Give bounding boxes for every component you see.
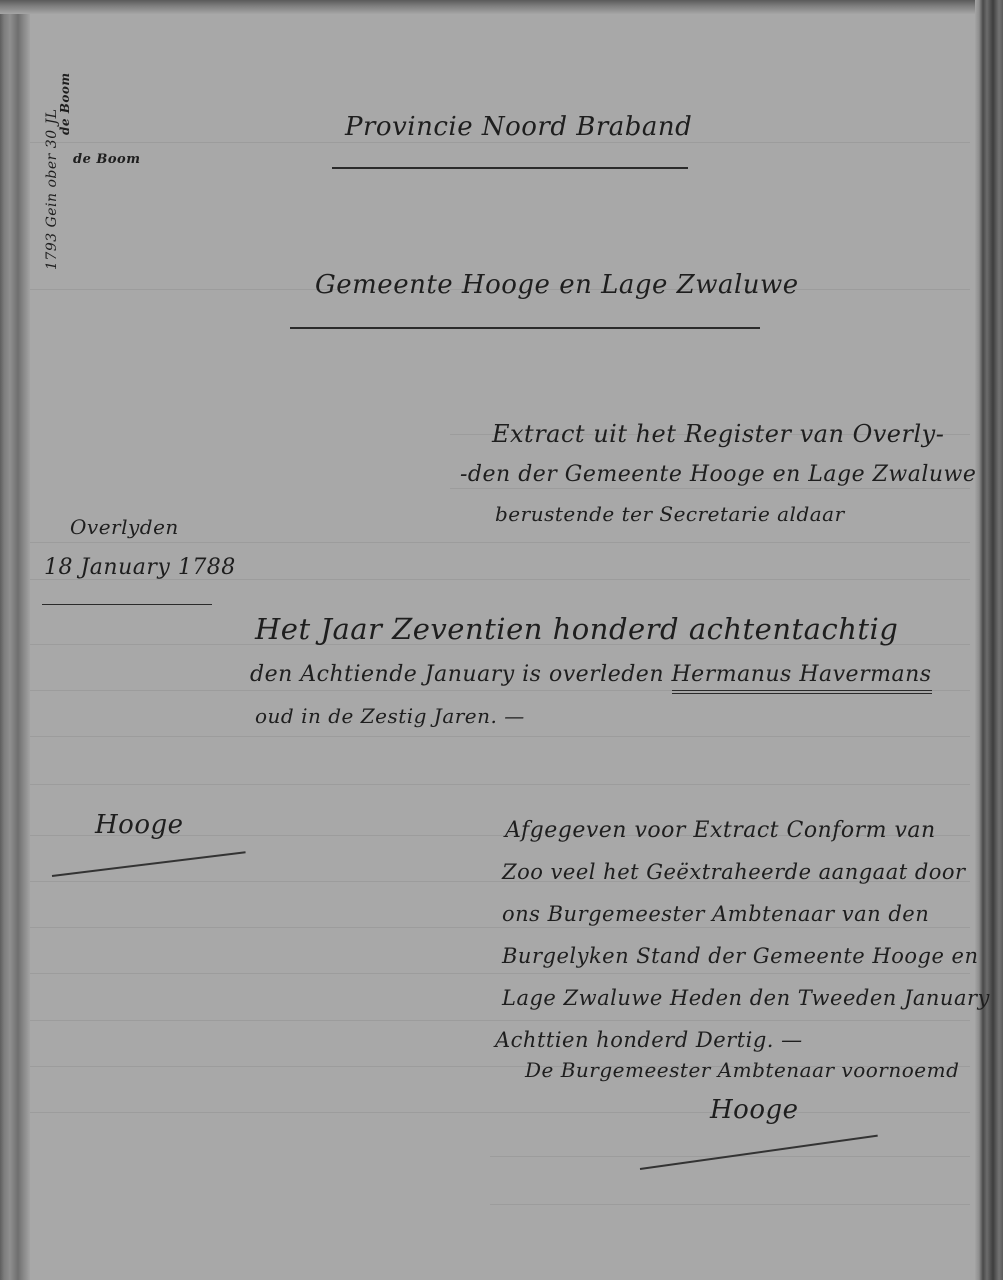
ruled-line bbox=[30, 1112, 970, 1113]
final-signature: Hooge bbox=[710, 1095, 799, 1125]
record-line-2: den Achtiende January is overleden Herma… bbox=[250, 662, 932, 687]
book-binding-right bbox=[975, 0, 1003, 1280]
margin-entry-underline bbox=[42, 604, 212, 605]
ruled-line bbox=[30, 784, 970, 785]
ruled-line bbox=[490, 1204, 970, 1205]
record-line-2-prefix: den Achtiende January is overleden bbox=[250, 662, 664, 687]
ruled-line bbox=[30, 736, 970, 737]
municipality-heading: Gemeente Hooge en Lage Zwaluwe bbox=[315, 270, 799, 300]
page-top-edge bbox=[0, 0, 1003, 14]
province-heading: Provincie Noord Braband bbox=[345, 112, 692, 142]
extract-heading-line-2: -den der Gemeente Hooge en Lage Zwaluwe bbox=[460, 462, 976, 487]
attestation-line-6: Achttien honderd Dertig. — bbox=[495, 1028, 803, 1052]
ruled-line bbox=[30, 142, 970, 143]
ruled-line bbox=[30, 973, 970, 974]
ruled-line bbox=[30, 542, 970, 543]
municipality-underline bbox=[290, 327, 760, 329]
left-signature: Hooge bbox=[95, 810, 184, 840]
attestation-line-2: Zoo veel het Geëxtraheerde aangaat door bbox=[502, 860, 966, 884]
ruled-line bbox=[450, 488, 970, 489]
deceased-name: Hermanus Havermans bbox=[672, 662, 932, 694]
scanned-document-page: 1793 Gein ober 30 JL de Boom de Boom Pro… bbox=[0, 0, 1003, 1280]
record-line-3: oud in de Zestig Jaren. — bbox=[255, 704, 525, 728]
attestation-line-7: De Burgemeester Ambtenaar voornoemd bbox=[525, 1058, 959, 1082]
attestation-line-3: ons Burgemeester Ambtenaar van den bbox=[502, 902, 929, 926]
province-underline bbox=[332, 167, 688, 169]
margin-entry-label: Overlyden bbox=[70, 515, 179, 539]
extract-heading-line-3: berustende ter Secretarie aldaar bbox=[495, 502, 845, 526]
margin-note-horizontal: de Boom bbox=[73, 152, 140, 167]
margin-entry-date: 18 January 1788 bbox=[44, 555, 236, 580]
extract-heading-line-1: Extract uit het Register van Overly- bbox=[492, 420, 944, 448]
record-line-1: Het Jaar Zeventien honderd achtentachtig bbox=[255, 612, 898, 646]
attestation-line-5: Lage Zwaluwe Heden den Tweeden January bbox=[502, 986, 990, 1010]
margin-note-vertical-2: de Boom bbox=[58, 72, 72, 135]
ruled-line bbox=[30, 927, 970, 928]
ruled-line bbox=[30, 1020, 970, 1021]
attestation-line-4: Burgelyken Stand der Gemeente Hooge en bbox=[502, 944, 979, 968]
book-binding-left bbox=[0, 0, 30, 1280]
attestation-line-1: Afgegeven voor Extract Conform van bbox=[505, 818, 936, 843]
paper-sheet bbox=[30, 14, 975, 1280]
